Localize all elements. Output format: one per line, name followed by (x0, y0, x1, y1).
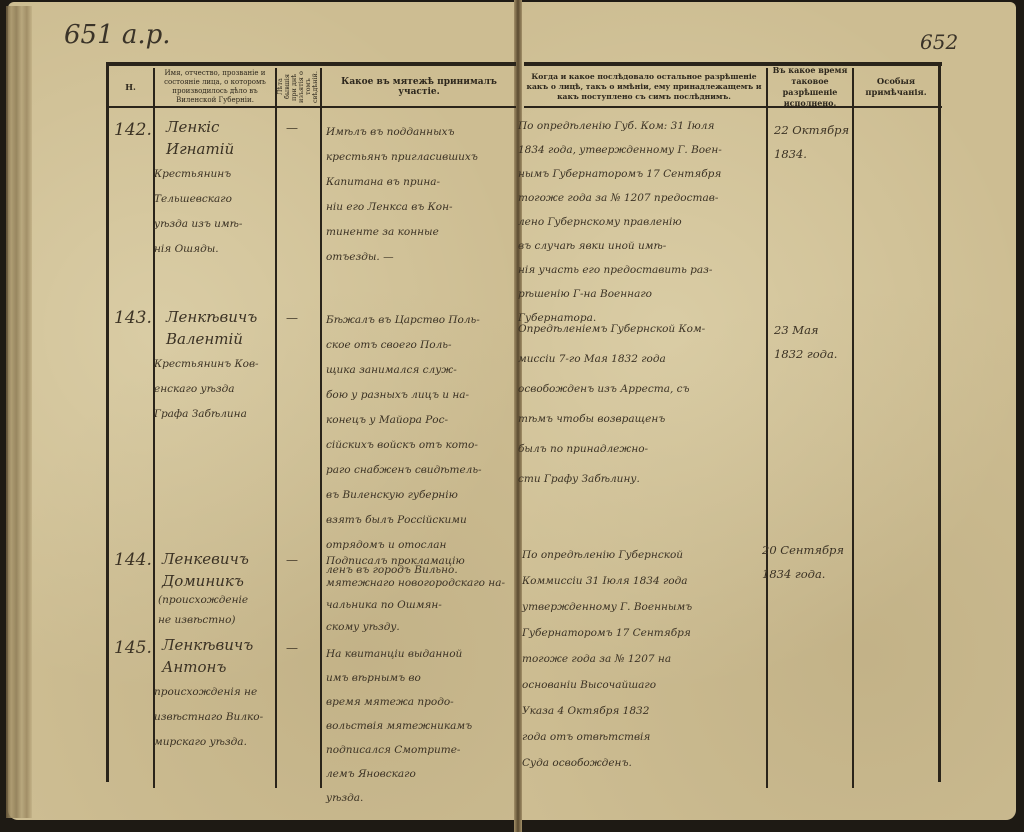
header-executed: Въ какое время таковое разрѣшеніе исполн… (768, 68, 852, 106)
executed-date: 20 Сентября 1834 года. (762, 538, 844, 586)
register-table: Н. Имя, отчество, прозваніе и состояніе … (108, 62, 940, 772)
folio-number-left: 651 a.p. (64, 20, 171, 50)
column-divider (275, 68, 277, 788)
person-age: — (286, 550, 298, 570)
participation-text: На квитанціи выданной имъ вѣрнымъ во вре… (326, 642, 472, 810)
header-remarks: Особыя примѣчанія. (854, 68, 938, 106)
header-resolution: Когда и какое послѣдовало остальное разр… (524, 68, 764, 106)
person-name: Ленкіс Игнатій (166, 116, 234, 160)
table-border-left (106, 62, 109, 782)
header-name: Имя, отчество, прозваніе и состояніе лиц… (156, 68, 274, 106)
column-divider (852, 68, 854, 788)
person-age: — (286, 118, 298, 138)
participation-text: Подписалъ прокламацію мятежнаго новогоро… (326, 550, 505, 638)
header-age: Лѣта бывшiя при днѣ изъятія о томъ свѣдѣ… (277, 68, 319, 106)
person-status: (происхожденіе не извѣстно) (158, 590, 248, 630)
header-bottom-rule-left (108, 106, 516, 108)
row-number: 144. (114, 550, 152, 570)
person-status: происхожденія не извѣстнаго Вилко- мирск… (154, 680, 263, 755)
person-status: Крестьянинъ Ков- енскаго уѣзда Графа Заб… (154, 352, 259, 427)
resolution-text: Опредѣленіемъ Губернской Ком- миссіи 7-г… (518, 314, 705, 494)
resolution-text: По опредѣленію Губ. Ком: 31 Іюля 1834 го… (518, 114, 722, 330)
executed-date: 23 Мая 1832 года. (774, 318, 837, 366)
ledger-spread: 651 a.p. 652 Н. Имя, отчество, прозваніе… (0, 0, 1024, 832)
participation-text: Имѣлъ въ подданныхъ крестьянъ пригласивш… (326, 120, 478, 270)
executed-date: 22 Октября 1834. (774, 118, 849, 166)
header-number: Н. (108, 68, 153, 106)
participation-text: Бѣжалъ въ Царство Поль- ское отъ своего … (326, 308, 482, 583)
person-name: Ленкѣвичъ Валентій (166, 306, 257, 350)
folio-number-right: 652 (920, 30, 958, 54)
column-divider (766, 68, 768, 788)
header-bottom-rule-right (524, 106, 942, 108)
person-age: — (286, 638, 298, 658)
resolution-text: По опредѣленію Губернской Коммиссіи 31 І… (522, 542, 692, 776)
row-number: 145. (114, 638, 152, 658)
header-participation: Какое въ мятежѣ принималъ участіе. (322, 68, 516, 106)
person-name: Ленкѣвичъ Антонъ (162, 634, 253, 678)
person-status: Крестьянинъ Тельшевскаго уѣзда изъ имѣ- … (154, 162, 242, 262)
book-page-edges (6, 6, 32, 818)
column-divider (320, 68, 322, 788)
person-name: Ленкевичъ Доминикъ (162, 548, 249, 592)
row-number: 143. (114, 308, 152, 328)
table-border-right (938, 62, 941, 782)
table-top-rule-right (524, 62, 942, 66)
person-age: — (286, 308, 298, 328)
table-top-rule-left (108, 62, 516, 66)
row-number: 142. (114, 120, 152, 140)
